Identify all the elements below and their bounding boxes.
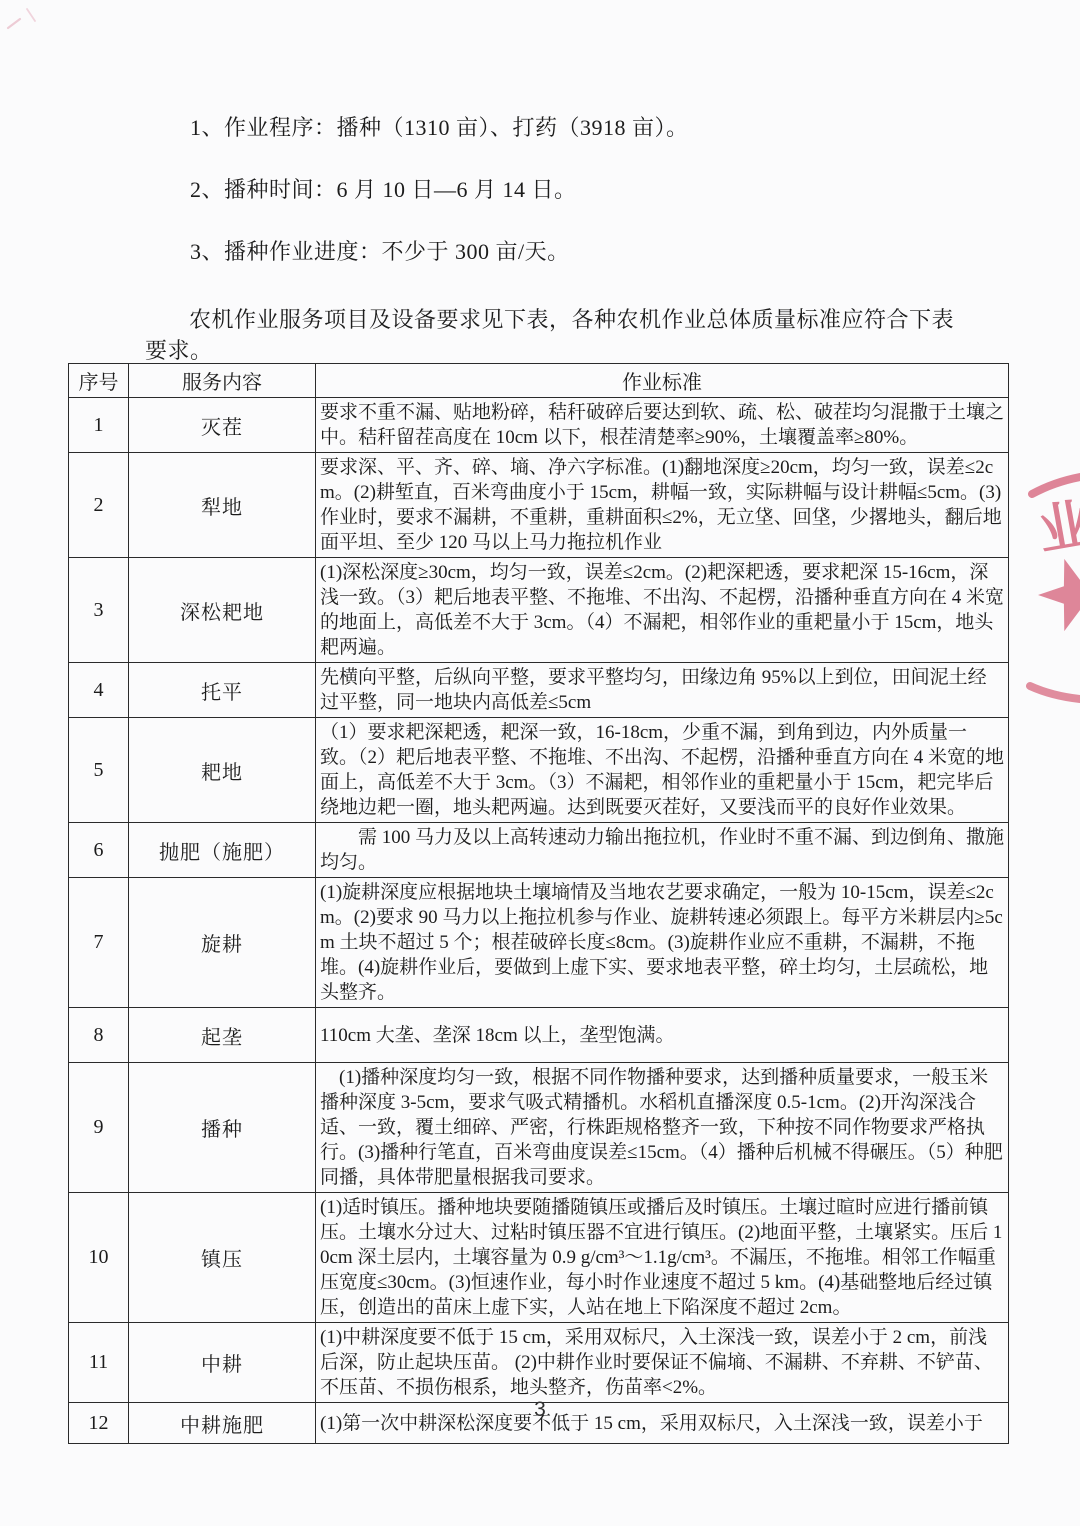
header-seq-no: 序号	[69, 364, 129, 398]
table-row: 10 (1)适时镇压。播种地块要随播随镇压或播后及时镇压。土壤过暄时应进行播前镇…	[69, 1193, 1009, 1323]
intro-paragraph: 农机作业服务项目及设备要求见下表，各种农机作业总体质量标准应符合下表要求。	[145, 304, 960, 366]
list-item-1: 1、作业程序：播种（1310 亩）、打药（3918 亩）。	[190, 112, 1080, 144]
official-seal-stamp-partial: 业	[1018, 460, 1080, 722]
table-row: 6 抛肥（施肥） 需 100 马力及以上高转速动力输出拖拉机，作业时不重不漏、到…	[69, 823, 1009, 878]
table-row: 3 深松耙地 (1)深松深度≥30cm，均匀一致，误差≤2cm。(2)耙深耙透，…	[69, 558, 1009, 663]
svg-text:业: 业	[1034, 493, 1080, 561]
row-number: 1	[69, 398, 129, 453]
header-operation-standard: 作业标准	[316, 364, 1009, 398]
service-name: 中耕	[129, 1323, 316, 1403]
numbered-list: 1、作业程序：播种（1310 亩）、打药（3918 亩）。 2、播种时间：6 月…	[0, 112, 1080, 268]
row-number: 3	[69, 558, 129, 663]
operation-standard: （1）要求耙深耙透，耙深一致，16-18cm，少重不漏，到角到边，内外质量一致。…	[316, 718, 1009, 823]
operation-standard: 先横向平整，后纵向平整，要求平整均匀，田缘边角 95%以上到位，田间泥土经过平整…	[316, 663, 1009, 718]
service-name: 起垄	[129, 1008, 316, 1063]
service-name: 旋耕	[129, 878, 316, 1008]
row-number: 6	[69, 823, 129, 878]
service-name: 灭茬	[129, 398, 316, 453]
operation-standard: (1)播种深度均匀一致，根据不同作物播种要求，达到播种质量要求，一般玉米播种深度…	[316, 1063, 1009, 1193]
service-name: 镇压	[129, 1193, 316, 1323]
row-number: 4	[69, 663, 129, 718]
document-page: 1、作业程序：播种（1310 亩）、打药（3918 亩）。 2、播种时间：6 月…	[0, 0, 1080, 1526]
operation-standard: 需 100 马力及以上高转速动力输出拖拉机，作业时不重不漏、到边倒角、撒施均匀。	[316, 823, 1009, 878]
row-number: 9	[69, 1063, 129, 1193]
row-number: 11	[69, 1323, 129, 1403]
operation-standard: 要求深、平、齐、碎、墒、净六字标准。(1)翻地深度≥20cm，均匀一致，误差≤2…	[316, 453, 1009, 558]
operation-standard: (1)中耕深度要不低于 15 cm，采用双标尺，入土深浅一致，误差小于 2 cm…	[316, 1323, 1009, 1403]
table-row: 8 起垄 110cm 大垄、垄深 18cm 以上，垄型饱满。	[69, 1008, 1009, 1063]
table-row: 2 犁地 要求深、平、齐、碎、墒、净六字标准。(1)翻地深度≥20cm，均匀一致…	[69, 453, 1009, 558]
operation-standards-table: 序号 服务内容 作业标准 1 灭茬 要求不重不漏、贴地粉碎，秸秆破碎后要达到软、…	[68, 363, 1009, 1444]
table-row: 9 播种 (1)播种深度均匀一致，根据不同作物播种要求，达到播种质量要求，一般玉…	[69, 1063, 1009, 1193]
document-content: 1、作业程序：播种（1310 亩）、打药（3918 亩）。 2、播种时间：6 月…	[0, 0, 1080, 366]
table-row: 5 耙地 （1）要求耙深耙透，耙深一致，16-18cm，少重不漏，到角到边，内外…	[69, 718, 1009, 823]
table-row: 11 中耕 (1)中耕深度要不低于 15 cm，采用双标尺，入土深浅一致，误差小…	[69, 1323, 1009, 1403]
header-service-content: 服务内容	[129, 364, 316, 398]
table-row: 1 灭茬 要求不重不漏、贴地粉碎，秸秆破碎后要达到软、疏、松、破茬均匀混撒于土壤…	[69, 398, 1009, 453]
page-number: 3	[0, 1398, 1080, 1422]
row-number: 5	[69, 718, 129, 823]
row-number: 2	[69, 453, 129, 558]
table-row: 7 旋耕 (1)旋耕深度应根据地块土壤墒情及当地农艺要求确定，一般为 10-15…	[69, 878, 1009, 1008]
row-number: 7	[69, 878, 129, 1008]
service-name: 犁地	[129, 453, 316, 558]
list-item-3: 3、播种作业进度：不少于 300 亩/天。	[190, 236, 1080, 268]
table-header-row: 序号 服务内容 作业标准	[69, 364, 1009, 398]
service-name: 耙地	[129, 718, 316, 823]
row-number: 10	[69, 1193, 129, 1323]
service-name: 托平	[129, 663, 316, 718]
operation-standard: 要求不重不漏、贴地粉碎，秸秆破碎后要达到软、疏、松、破茬均匀混撒于土壤之中。秸秆…	[316, 398, 1009, 453]
operation-standard: 110cm 大垄、垄深 18cm 以上，垄型饱满。	[316, 1008, 1009, 1063]
operation-standard: (1)适时镇压。播种地块要随播随镇压或播后及时镇压。土壤过暄时应进行播前镇压。土…	[316, 1193, 1009, 1323]
table-row: 4 托平 先横向平整，后纵向平整，要求平整均匀，田缘边角 95%以上到位，田间泥…	[69, 663, 1009, 718]
operation-standard: (1)深松深度≥30cm，均匀一致，误差≤2cm。(2)耙深耙透，要求耙深 15…	[316, 558, 1009, 663]
row-number: 8	[69, 1008, 129, 1063]
operation-standard: (1)旋耕深度应根据地块土壤墒情及当地农艺要求确定，一般为 10-15cm，误差…	[316, 878, 1009, 1008]
service-name: 抛肥（施肥）	[129, 823, 316, 878]
list-item-2: 2、播种时间：6 月 10 日—6 月 14 日。	[190, 174, 1080, 206]
service-name: 播种	[129, 1063, 316, 1193]
service-name: 深松耙地	[129, 558, 316, 663]
